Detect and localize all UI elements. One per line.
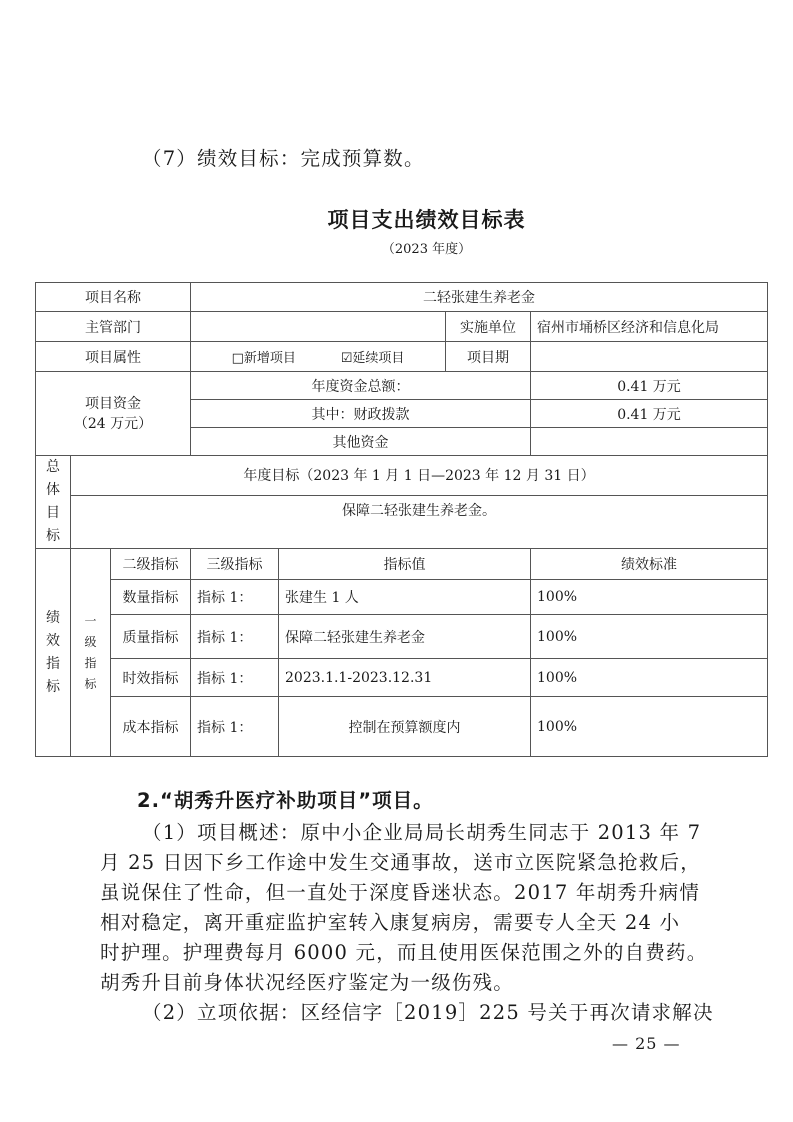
level3-cell: 指标 1：	[191, 659, 279, 697]
project-name-label: 项目名称	[36, 283, 191, 312]
annual-goal-header: 年度目标（2023 年 1 月 1 日—2023 年 12 月 31 日）	[71, 456, 768, 496]
standard-cell: 100%	[531, 697, 768, 757]
section2-line-5: 时护理。护理费每月 6000 元，而且使用医保范围之外的自费药。	[100, 939, 707, 967]
funds-other-label: 其他资金	[191, 428, 531, 456]
funds-label: 项目资金 （24 万元）	[36, 372, 191, 456]
section2-line-1: （1）项目概述：原中小企业局局长胡秀生同志于 2013 年 7	[142, 819, 701, 847]
attr-continue-checkbox: ☑延续项目	[341, 351, 405, 366]
level2-cell: 数量指标	[111, 580, 191, 615]
row-annual-goal-text: 保障二轻张建生养老金。	[36, 495, 768, 548]
annual-goal-text: 保障二轻张建生养老金。	[71, 495, 768, 548]
section2-line-7: （2）立项依据：区经信字［2019］225 号关于再次请求解决	[142, 999, 714, 1027]
row-attr: 项目属性 □新增项目 ☑延续项目 项目期	[36, 342, 768, 372]
funds-fiscal-label: 其中：财政拨款	[191, 400, 531, 428]
funds-other-value	[531, 428, 768, 456]
section2-line-2: 月 25 日因下乡工作途中发生交通事故，送市立医院紧急抢救后，	[100, 849, 701, 877]
funds-fiscal-value: 0.41 万元	[531, 400, 768, 428]
funds-total-value: 0.41 万元	[531, 372, 768, 400]
row-dept: 主管部门 实施单位 宿州市埇桥区经济和信息化局	[36, 312, 768, 342]
value-cell: 控制在预算额度内	[279, 697, 531, 757]
section2-heading: 2.“胡秀升医疗补助项目”项目。	[137, 785, 434, 813]
standard-cell: 100%	[531, 580, 768, 615]
section2-line-4: 相对稳定，离开重症监护室转入康复病房，需要专人全天 24 小	[100, 909, 680, 937]
row-project-name: 项目名称 二轻张建生养老金	[36, 283, 768, 312]
table-row: 数量指标 指标 1： 张建生 1 人 100%	[36, 580, 768, 615]
level1-label: 一 级 指 标	[71, 549, 111, 757]
funds-total-label: 年度资金总额：	[191, 372, 531, 400]
dept-label: 主管部门	[36, 312, 191, 342]
level3-cell: 指标 1：	[191, 580, 279, 615]
perf-label: 绩 效 指 标	[36, 549, 71, 757]
level2-cell: 时效指标	[111, 659, 191, 697]
project-name-value: 二轻张建生养老金	[191, 283, 768, 312]
table-title: 项目支出绩效目标表	[30, 204, 793, 234]
attr-options: □新增项目 ☑延续项目	[191, 342, 446, 372]
impl-unit-value: 宿州市埇桥区经济和信息化局	[531, 312, 768, 342]
table-row: 时效指标 指标 1： 2023.1.1-2023.12.31 100%	[36, 659, 768, 697]
intro-line: （7）绩效目标：完成预算数。	[142, 145, 425, 173]
header-standard: 绩效标准	[531, 549, 768, 580]
impl-unit-label: 实施单位	[446, 312, 531, 342]
standard-cell: 100%	[531, 615, 768, 659]
row-annual-goal-header: 总 体 目 标 年度目标（2023 年 1 月 1 日—2023 年 12 月 …	[36, 456, 768, 496]
level3-cell: 指标 1：	[191, 697, 279, 757]
value-cell: 保障二轻张建生养老金	[279, 615, 531, 659]
header-level3: 三级指标	[191, 549, 279, 580]
attr-label: 项目属性	[36, 342, 191, 372]
period-label: 项目期	[446, 342, 531, 372]
performance-goal-table: 项目名称 二轻张建生养老金 主管部门 实施单位 宿州市埇桥区经济和信息化局 项目…	[35, 282, 768, 757]
table-subtitle: （2023 年度）	[30, 238, 793, 257]
header-value: 指标值	[279, 549, 531, 580]
page-number: — 25 —	[612, 1034, 681, 1053]
attr-new-checkbox: □新增项目	[232, 351, 296, 366]
period-value	[531, 342, 768, 372]
section2-line-6: 胡秀升目前身体状况经医疗鉴定为一级伤残。	[100, 969, 514, 997]
standard-cell: 100%	[531, 659, 768, 697]
row-perf-header: 绩 效 指 标 一 级 指 标 二级指标 三级指标 指标值 绩效标准	[36, 549, 768, 580]
table-row: 成本指标 指标 1： 控制在预算额度内 100%	[36, 697, 768, 757]
overall-goal-label: 总 体 目 标	[36, 456, 71, 549]
value-cell: 2023.1.1-2023.12.31	[279, 659, 531, 697]
section2-line-3: 虽说保住了性命，但一直处于深度昏迷状态。2017 年胡秀升病情	[100, 879, 700, 907]
value-cell: 张建生 1 人	[279, 580, 531, 615]
dept-value	[191, 312, 446, 342]
row-funds-total: 项目资金 （24 万元） 年度资金总额： 0.41 万元	[36, 372, 768, 400]
level2-cell: 质量指标	[111, 615, 191, 659]
table-row: 质量指标 指标 1： 保障二轻张建生养老金 100%	[36, 615, 768, 659]
level2-cell: 成本指标	[111, 697, 191, 757]
header-level2: 二级指标	[111, 549, 191, 580]
level3-cell: 指标 1：	[191, 615, 279, 659]
